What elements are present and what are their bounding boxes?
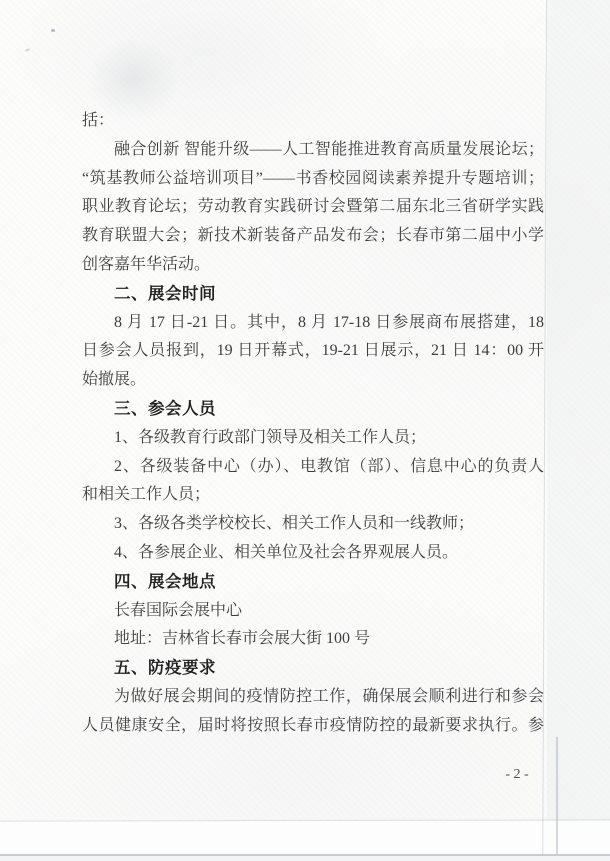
document-text-line: 8 月 17 日-21 日。其中，8 月 17-18 日参展商布展搭建，18 — [82, 309, 544, 338]
document-text-line: 1、各级教育行政部门领导及相关工作人员； — [82, 424, 544, 453]
scan-right-margin-shade — [547, 0, 610, 820]
document-text-line: 地址：吉林省长春市会展大街 100 号 — [82, 625, 544, 654]
scan-paper-edge-right-lower — [556, 737, 558, 854]
document-text-line: 为做好展会期间的疫情防控工作，确保展会顺利进行和参会 — [82, 683, 544, 712]
document-text-line: 长春国际会展中心 — [82, 597, 544, 626]
document-text-line: 日参会人员报到，19 日开幕式，19-21 日展示，21 日 14：00 开 — [82, 337, 544, 366]
document-text-line: 融合创新 智能升级——人工智能推进教育高质量发展论坛； — [82, 136, 544, 165]
scan-bottom-margin — [0, 856, 610, 861]
section-heading: 二、展会时间 — [82, 280, 544, 309]
document-text-line: “筑基教师公益培训项目”——书香校园阅读素养提升专题培训； — [82, 165, 544, 194]
document-text-line: 2、各级装备中心（办）、电教馆（部）、信息中心的负责人 — [82, 453, 544, 482]
section-heading: 五、防疫要求 — [82, 654, 544, 683]
section-heading: 三、参会人员 — [82, 395, 544, 424]
document-text-line: 和相关工作人员； — [82, 481, 544, 510]
document-body: 括： 融合创新 智能升级——人工智能推进教育高质量发展论坛； “筑基教师公益培训… — [82, 107, 544, 741]
document-text-line: 教育联盟大会；新技术新装备产品发布会；长春市第二届中小学 — [82, 222, 544, 251]
page-number: - 2 - — [492, 765, 542, 785]
scan-speck — [25, 48, 30, 52]
scan-speck — [51, 29, 55, 32]
scanned-document-page: 括： 融合创新 智能升级——人工智能推进教育高质量发展论坛； “筑基教师公益培训… — [0, 0, 610, 861]
document-text-line: 创客嘉年华活动。 — [82, 251, 544, 280]
scan-bottom-strip — [0, 821, 610, 854]
document-text-line: 3、各级各类学校校长、相关工作人员和一线教师； — [82, 510, 544, 539]
document-text-line: 始撤展。 — [82, 366, 544, 395]
document-text-line: 4、各参展企业、相关单位及社会各界观展人员。 — [82, 539, 544, 568]
document-text-line: 人员健康安全，届时将按照长春市疫情防控的最新要求执行。参 — [82, 712, 544, 741]
document-text-line: 括： — [82, 107, 544, 136]
document-text-line: 职业教育论坛；劳动教育实践研讨会暨第二届东北三省研学实践 — [82, 193, 544, 222]
section-heading: 四、展会地点 — [82, 568, 544, 597]
